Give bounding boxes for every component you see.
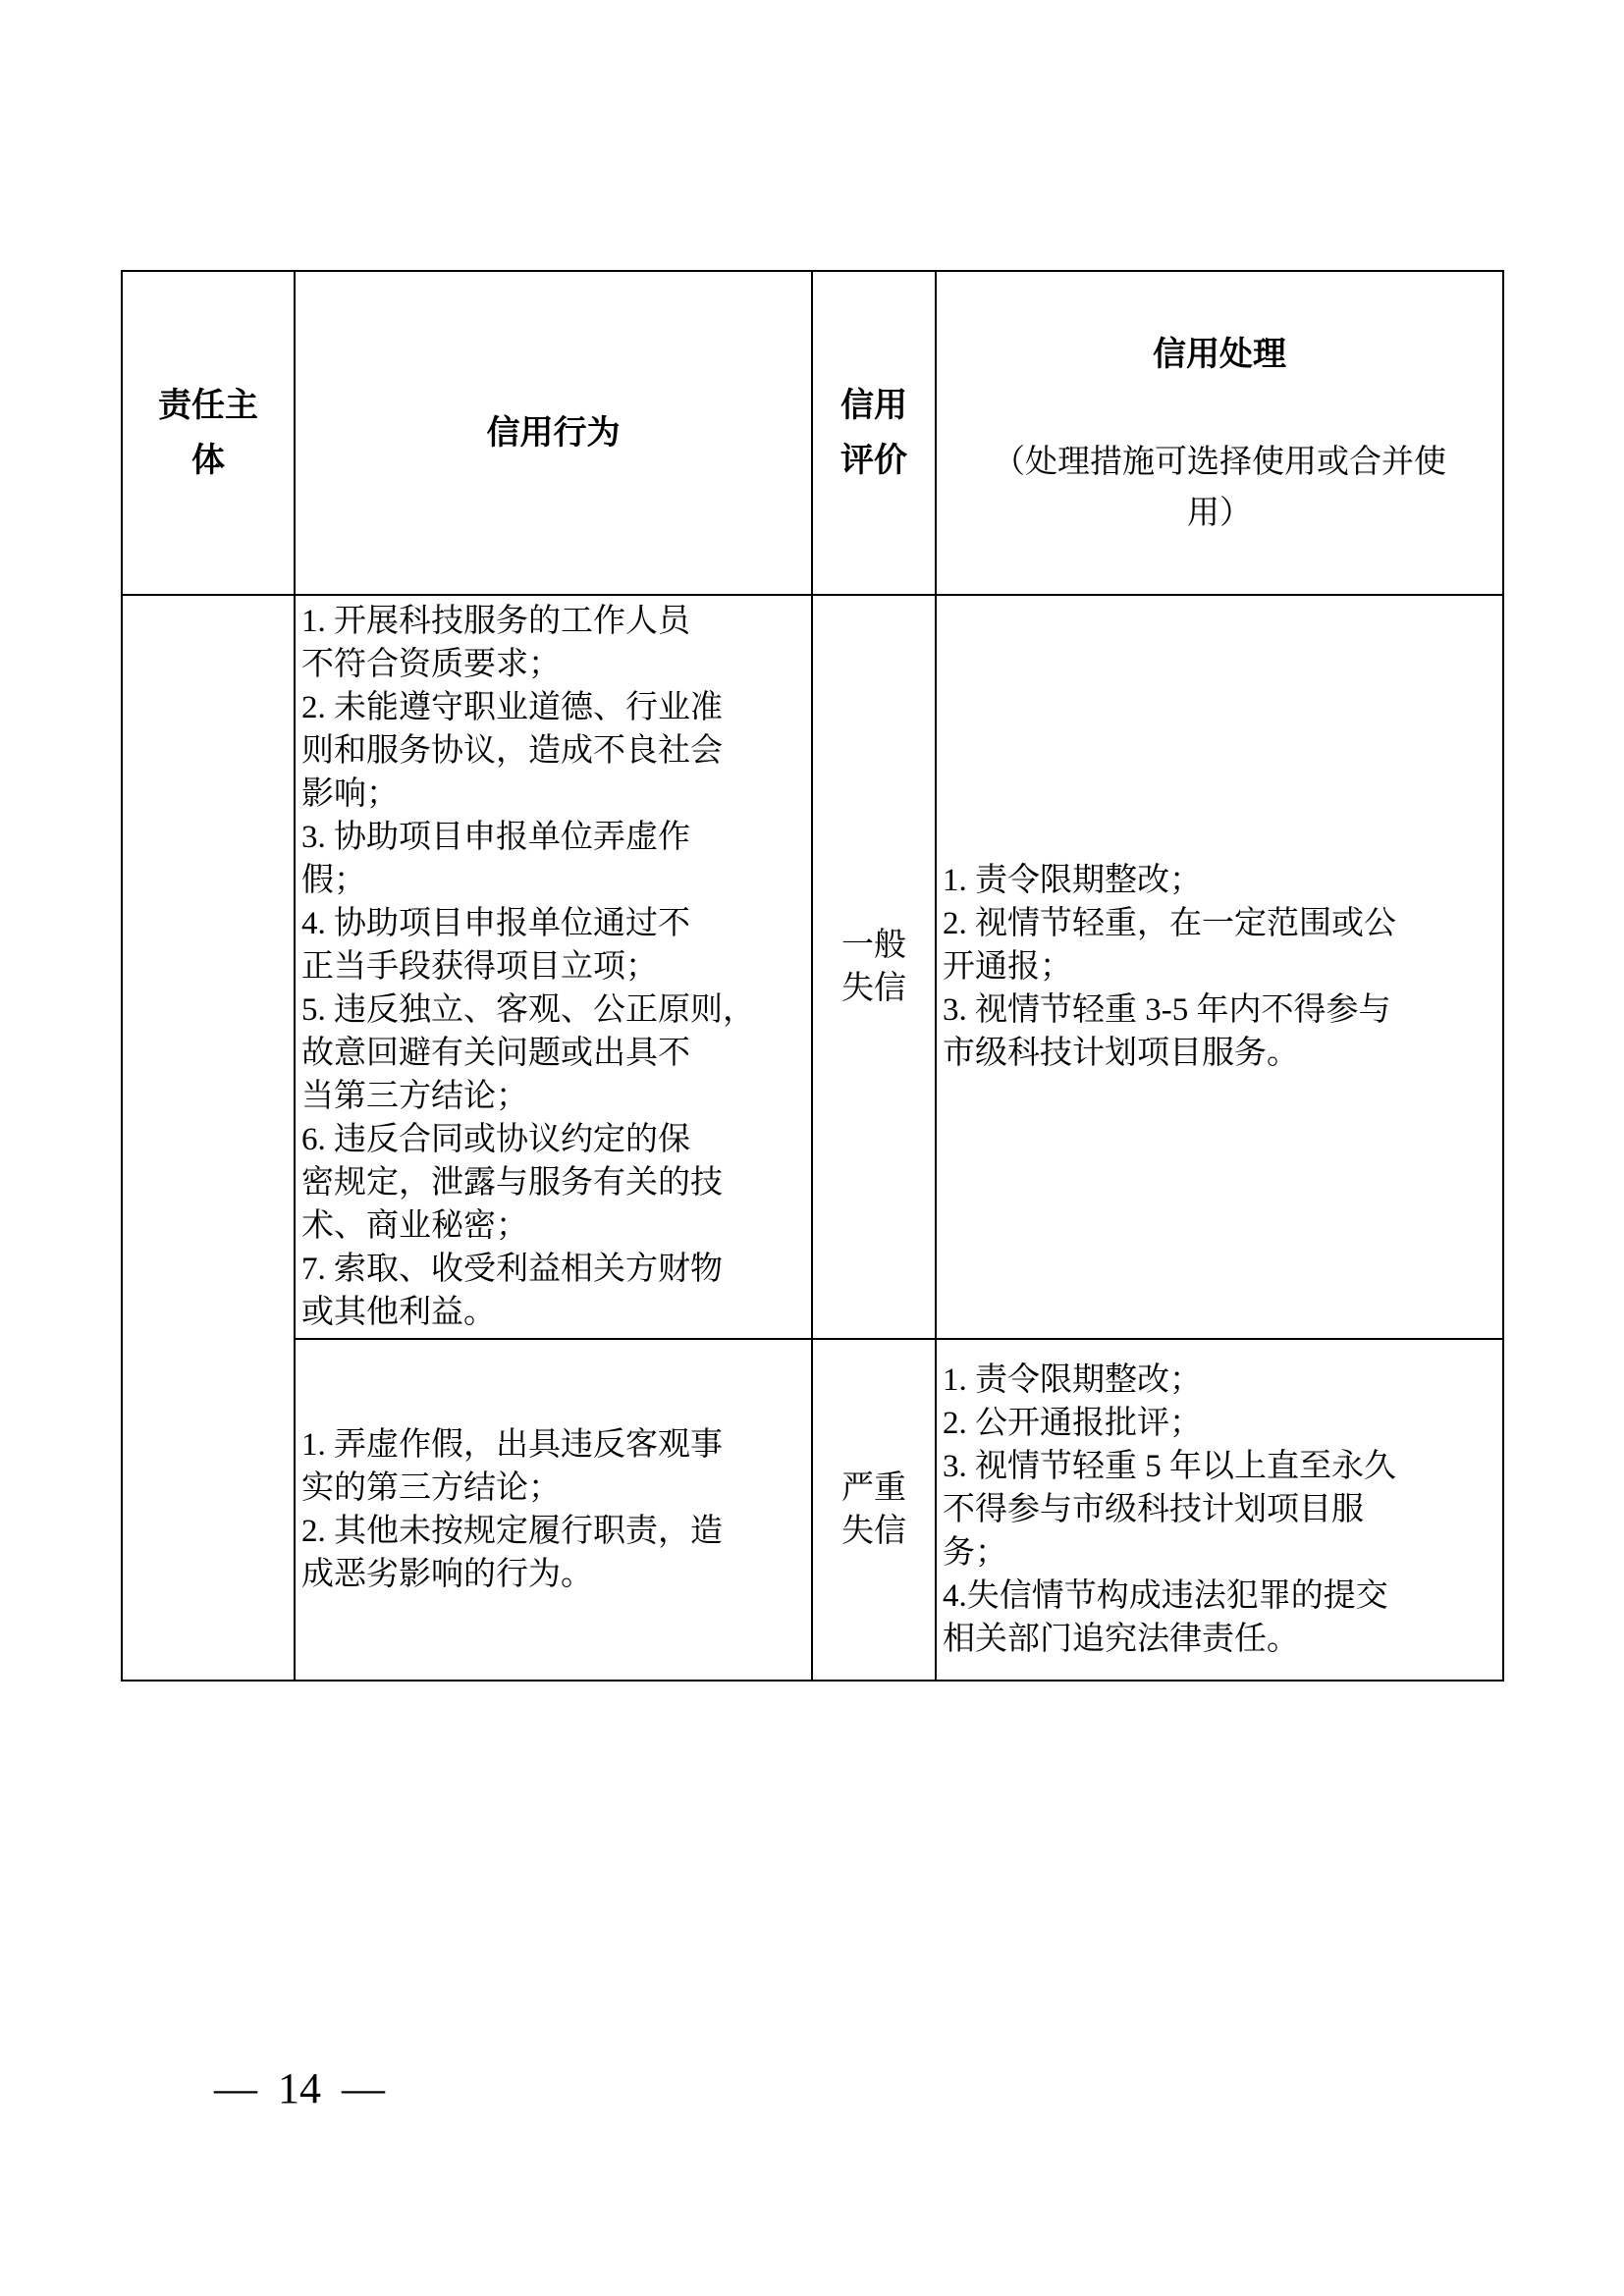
rating-cell-severe: 严重 失信: [812, 1339, 936, 1681]
page-number: — 14 —: [214, 2067, 385, 2110]
table-row-general: 1. 开展科技服务的工作人员 不符合资质要求； 2. 未能遵守职业道德、行业准 …: [122, 595, 1503, 1339]
credit-handling-note: （处理措施可选择使用或合并使 用）: [943, 437, 1496, 539]
header-credit-handling: 信用处理 （处理措施可选择使用或合并使 用）: [936, 271, 1503, 595]
credit-handling-title: 信用处理: [943, 327, 1496, 382]
handling-cell-severe: 1. 责令限期整改； 2. 公开通报批评； 3. 视情节轻重 5 年以上直至永久…: [936, 1339, 1503, 1681]
responsibility-subject-cell: [122, 595, 295, 1681]
behavior-cell-general: 1. 开展科技服务的工作人员 不符合资质要求； 2. 未能遵守职业道德、行业准 …: [295, 595, 812, 1339]
document-page: 责任主 体 信用行为 信用 评价 信用处理 （处理措施可选择使用或合并使 用） …: [0, 0, 1624, 2296]
table-header-row: 责任主 体 信用行为 信用 评价 信用处理 （处理措施可选择使用或合并使 用）: [122, 271, 1503, 595]
behavior-cell-severe: 1. 弄虚作假，出具违反客观事 实的第三方结论； 2. 其他未按规定履行职责，造…: [295, 1339, 812, 1681]
credit-table: 责任主 体 信用行为 信用 评价 信用处理 （处理措施可选择使用或合并使 用） …: [121, 270, 1504, 1682]
table-row-severe: 1. 弄虚作假，出具违反客观事 实的第三方结论； 2. 其他未按规定履行职责，造…: [122, 1339, 1503, 1681]
header-responsibility-subject: 责任主 体: [122, 271, 295, 595]
rating-cell-general: 一般 失信: [812, 595, 936, 1339]
handling-cell-general: 1. 责令限期整改； 2. 视情节轻重，在一定范围或公 开通报； 3. 视情节轻…: [936, 595, 1503, 1339]
header-credit-behavior: 信用行为: [295, 271, 812, 595]
header-credit-rating: 信用 评价: [812, 271, 936, 595]
